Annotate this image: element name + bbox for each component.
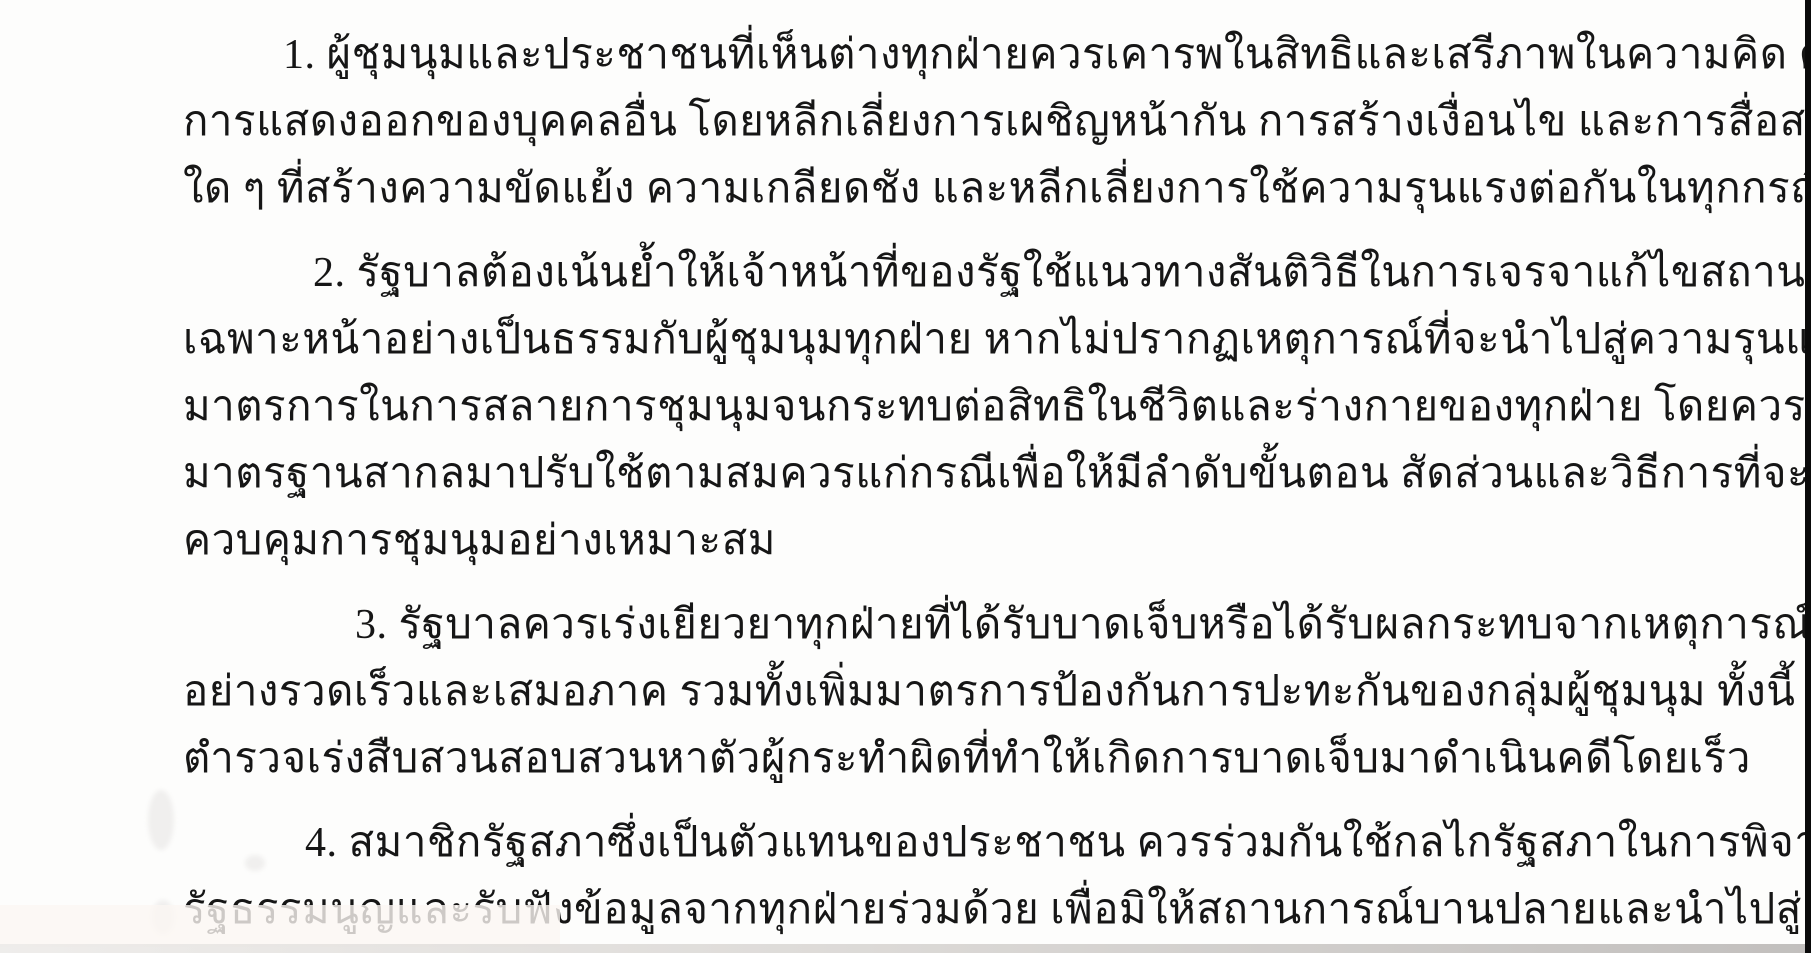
text-line: 4. สมาชิกรัฐสภาซึ่งเป็นตัวแทนของประชาชน … (183, 810, 1593, 877)
scan-smudge (245, 855, 265, 871)
text-line: 1. ผู้ชุมนุมและประชาชนที่เห็นต่างทุกฝ่าย… (183, 22, 1593, 89)
text-line: มาตรฐานสากลมาปรับใช้ตามสมควรแก่กรณีเพื่อ… (183, 441, 1593, 508)
text-line: ควบคุมการชุมนุมอย่างเหมาะสม (183, 508, 1593, 575)
scan-bottom-edge-shadow (0, 944, 1811, 953)
text-line: การแสดงออกของบุคคลอื่น โดยหลีกเลี่ยงการเ… (183, 89, 1593, 156)
paragraph-1: 1. ผู้ชุมนุมและประชาชนที่เห็นต่างทุกฝ่าย… (183, 22, 1593, 223)
text-line: เฉพาะหน้าอย่างเป็นธรรมกับผู้ชุมนุมทุกฝ่า… (183, 307, 1593, 374)
scan-corner-artifact (0, 905, 560, 947)
text-line: 3. รัฐบาลควรเร่งเยียวยาทุกฝ่ายที่ได้รับบ… (183, 592, 1593, 659)
scan-right-edge-bar (1805, 0, 1811, 953)
document-page: 1. ผู้ชุมนุมและประชาชนที่เห็นต่างทุกฝ่าย… (0, 0, 1811, 953)
document-text-block: 1. ผู้ชุมนุมและประชาชนที่เห็นต่างทุกฝ่าย… (183, 22, 1593, 944)
text-line: 2. รัฐบาลต้องเน้นย้ำให้เจ้าหน้าที่ของรัฐ… (183, 240, 1593, 307)
text-line: ใด ๆ ที่สร้างความขัดแย้ง ความเกลียดชัง แ… (183, 156, 1593, 223)
text-line: มาตรการในการสลายการชุมนุมจนกระทบต่อสิทธิ… (183, 374, 1593, 441)
text-line: ตำรวจเร่งสืบสวนสอบสวนหาตัวผู้กระทำผิดที่… (183, 726, 1593, 793)
paragraph-3: 3. รัฐบาลควรเร่งเยียวยาทุกฝ่ายที่ได้รับบ… (183, 592, 1593, 793)
text-line: อย่างรวดเร็วและเสมอภาค รวมทั้งเพิ่มมาตรก… (183, 659, 1593, 726)
scan-smudge (148, 790, 174, 850)
paragraph-2: 2. รัฐบาลต้องเน้นย้ำให้เจ้าหน้าที่ของรัฐ… (183, 240, 1593, 575)
